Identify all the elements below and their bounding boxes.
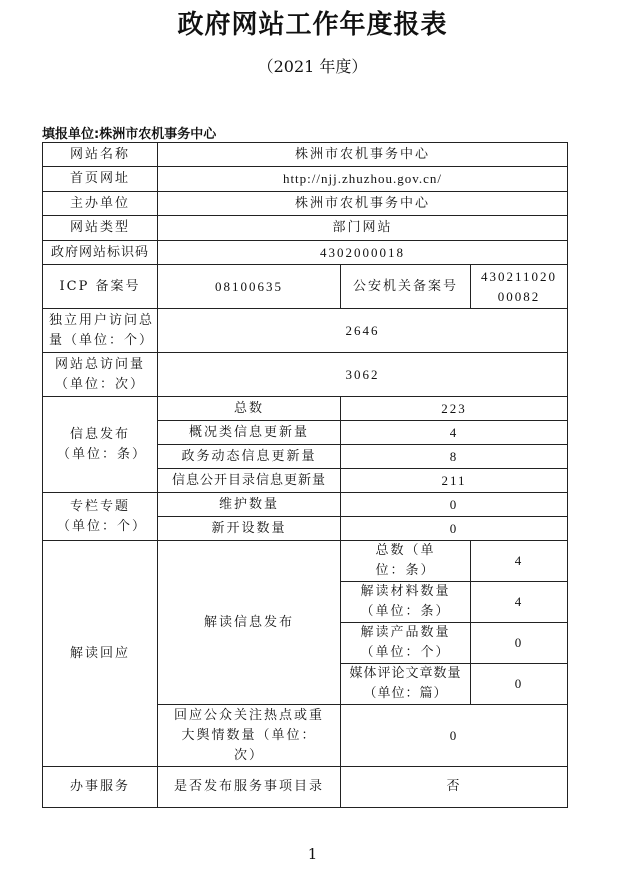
interpretation-row-label: 媒体评论文章数量（单位：篇） <box>341 664 471 705</box>
response-value: 0 <box>341 705 568 767</box>
filing-unit: 填报单位:株洲市农机事务中心 <box>42 123 216 142</box>
interpretation-row-label: 解读产品数量（单位：个） <box>341 623 471 664</box>
table-row: 主办单位 株洲市农机事务中心 <box>43 192 568 216</box>
interpretation-row-label: 解读材料数量（单位：条） <box>341 582 471 623</box>
unique-visitors-label: 独立用户访问总量（单位：个） <box>43 309 158 353</box>
site-type-label: 网站类型 <box>43 216 158 241</box>
interpretation-row-value: 4 <box>471 541 568 582</box>
info-publish-row-value: 8 <box>341 445 568 469</box>
table-row: 独立用户访问总量（单位：个） 2646 <box>43 309 568 353</box>
site-name-value: 株洲市农机事务中心 <box>158 143 568 167</box>
table-row: ICP 备案号 08100635 公安机关备案号 43021102000082 <box>43 265 568 309</box>
table-row: 网站类型 部门网站 <box>43 216 568 241</box>
table-row: 信息发布（单位：条） 总数 223 <box>43 397 568 421</box>
table-row: 首页网址 http://njj.zhuzhou.gov.cn/ <box>43 167 568 192</box>
info-publish-row-label: 信息公开目录信息更新量 <box>158 469 341 493</box>
table-row: 网站总访问量（单位：次） 3062 <box>43 353 568 397</box>
report-table: 网站名称 株洲市农机事务中心 首页网址 http://njj.zhuzhou.g… <box>42 142 568 808</box>
info-publish-row-value: 223 <box>341 397 568 421</box>
homepage-label: 首页网址 <box>43 167 158 192</box>
columns-row-value: 0 <box>341 517 568 541</box>
police-record-label: 公安机关备案号 <box>341 265 471 309</box>
police-record-value: 43021102000082 <box>471 265 568 309</box>
site-code-label: 政府网站标识码 <box>43 241 158 265</box>
info-publish-row-value: 211 <box>341 469 568 493</box>
sponsor-label: 主办单位 <box>43 192 158 216</box>
report-title: 政府网站工作年度报表 <box>0 4 625 41</box>
unique-visitors-value: 2646 <box>158 309 568 353</box>
homepage-value: http://njj.zhuzhou.gov.cn/ <box>158 167 568 192</box>
info-publish-label: 信息发布（单位：条） <box>43 397 158 493</box>
interpretation-row-label: 总数（单位：条） <box>341 541 471 582</box>
interpretation-label: 解读回应 <box>43 541 158 767</box>
icp-value: 08100635 <box>158 265 341 309</box>
response-label: 回应公众关注热点或重大舆情数量（单位：次） <box>158 705 341 767</box>
info-publish-row-label: 总数 <box>158 397 341 421</box>
info-publish-row-label: 政务动态信息更新量 <box>158 445 341 469</box>
columns-row-label: 维护数量 <box>158 493 341 517</box>
table-row: 解读回应 解读信息发布 总数（单位：条） 4 <box>43 541 568 582</box>
interpretation-sub-label: 解读信息发布 <box>158 541 341 705</box>
columns-row-label: 新开设数量 <box>158 517 341 541</box>
services-row-label: 是否发布服务事项目录 <box>158 767 341 808</box>
info-publish-row-label: 概况类信息更新量 <box>158 421 341 445</box>
site-code-value: 4302000018 <box>158 241 568 265</box>
site-type-value: 部门网站 <box>158 216 568 241</box>
sponsor-value: 株洲市农机事务中心 <box>158 192 568 216</box>
columns-row-value: 0 <box>341 493 568 517</box>
site-name-label: 网站名称 <box>43 143 158 167</box>
table-row: 专栏专题（单位：个） 维护数量 0 <box>43 493 568 517</box>
page-number: 1 <box>0 845 625 863</box>
table-row: 办事服务 是否发布服务事项目录 否 <box>43 767 568 808</box>
columns-label: 专栏专题（单位：个） <box>43 493 158 541</box>
interpretation-row-value: 0 <box>471 623 568 664</box>
info-publish-row-value: 4 <box>341 421 568 445</box>
interpretation-row-value: 0 <box>471 664 568 705</box>
services-label: 办事服务 <box>43 767 158 808</box>
total-visits-value: 3062 <box>158 353 568 397</box>
table-row: 政府网站标识码 4302000018 <box>43 241 568 265</box>
icp-label: ICP 备案号 <box>43 265 158 309</box>
report-year: （2021 年度） <box>0 54 625 77</box>
services-row-value: 否 <box>341 767 568 808</box>
total-visits-label: 网站总访问量（单位：次） <box>43 353 158 397</box>
table-row: 网站名称 株洲市农机事务中心 <box>43 143 568 167</box>
interpretation-row-value: 4 <box>471 582 568 623</box>
